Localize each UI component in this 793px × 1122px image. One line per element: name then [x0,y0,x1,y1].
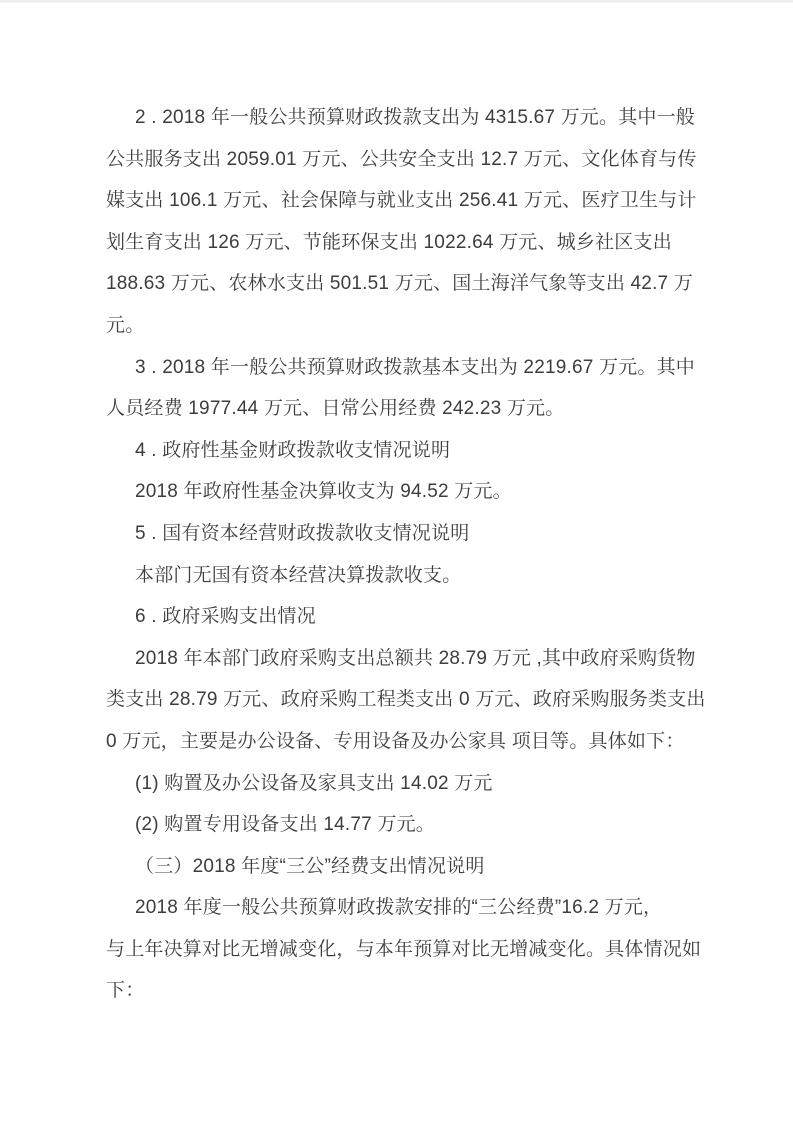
text-line: 人员经费 1977.44 万元、日常公用经费 242.23 万元。 [106,388,706,430]
text-line: 公共服务支出 2059.01 万元、公共安全支出 12.7 万元、文化体育与传 [106,139,706,181]
paragraph: 2018 年度一般公共预算财政拨款安排的“三公经费”16.2 万元，与上年决算对… [106,887,706,1012]
text-line: 2018 年本部门政府采购支出总额共 28.79 万元 ,其中政府采购货物 [106,638,706,680]
text-line: (1) 购置及办公设备及家具支出 14.02 万元 [106,763,706,805]
page-top-edge [0,0,793,3]
text-line: 与上年决算对比无增减变化，与本年预算对比无增减变化。具体情况如 [106,929,706,971]
text-line: 媒支出 106.1 万元、社会保障与就业支出 256.41 万元、医疗卫生与计 [106,180,706,222]
paragraph: 5 . 国有资本经营财政拨款收支情况说明 [106,513,706,555]
text-line: （三）2018 年度“三公”经费支出情况说明 [106,846,706,888]
paragraph: （三）2018 年度“三公”经费支出情况说明 [106,846,706,888]
paragraph: 2018 年政府性基金决算收支为 94.52 万元。 [106,471,706,513]
text-line: 本部门无国有资本经营决算拨款收支。 [106,555,706,597]
text-line: 4 . 政府性基金财政拨款收支情况说明 [106,430,706,472]
text-line: 3 . 2018 年一般公共预算财政拨款基本支出为 2219.67 万元。其中 [106,347,706,389]
document-page: 2 . 2018 年一般公共预算财政拨款支出为 4315.67 万元。其中一般公… [0,0,793,1122]
paragraph: 2018 年本部门政府采购支出总额共 28.79 万元 ,其中政府采购货物类支出… [106,638,706,763]
text-line: 2018 年政府性基金决算收支为 94.52 万元。 [106,471,706,513]
text-line: 2 . 2018 年一般公共预算财政拨款支出为 4315.67 万元。其中一般 [106,97,706,139]
text-line: 类支出 28.79 万元、政府采购工程类支出 0 万元、政府采购服务类支出 [106,679,706,721]
paragraph: (2) 购置专用设备支出 14.77 万元。 [106,804,706,846]
text-line: 下： [106,970,706,1012]
paragraph: 本部门无国有资本经营决算拨款收支。 [106,555,706,597]
text-line: 元。 [106,305,706,347]
text-line: 划生育支出 126 万元、节能环保支出 1022.64 万元、城乡社区支出 [106,222,706,264]
paragraph: 3 . 2018 年一般公共预算财政拨款基本支出为 2219.67 万元。其中人… [106,347,706,430]
text-line: 5 . 国有资本经营财政拨款收支情况说明 [106,513,706,555]
paragraph: 2 . 2018 年一般公共预算财政拨款支出为 4315.67 万元。其中一般公… [106,97,706,347]
text-line: 6 . 政府采购支出情况 [106,596,706,638]
text-line: 188.63 万元、农林水支出 501.51 万元、国土海洋气象等支出 42.7… [106,263,706,305]
paragraph: (1) 购置及办公设备及家具支出 14.02 万元 [106,763,706,805]
paragraph: 4 . 政府性基金财政拨款收支情况说明 [106,430,706,472]
text-line: 2018 年度一般公共预算财政拨款安排的“三公经费”16.2 万元， [106,887,706,929]
text-line: (2) 购置专用设备支出 14.77 万元。 [106,804,706,846]
text-line: 0 万元，主要是办公设备、专用设备及办公家具 项目等。具体如下： [106,721,706,763]
document-content: 2 . 2018 年一般公共预算财政拨款支出为 4315.67 万元。其中一般公… [106,97,706,1012]
paragraph: 6 . 政府采购支出情况 [106,596,706,638]
